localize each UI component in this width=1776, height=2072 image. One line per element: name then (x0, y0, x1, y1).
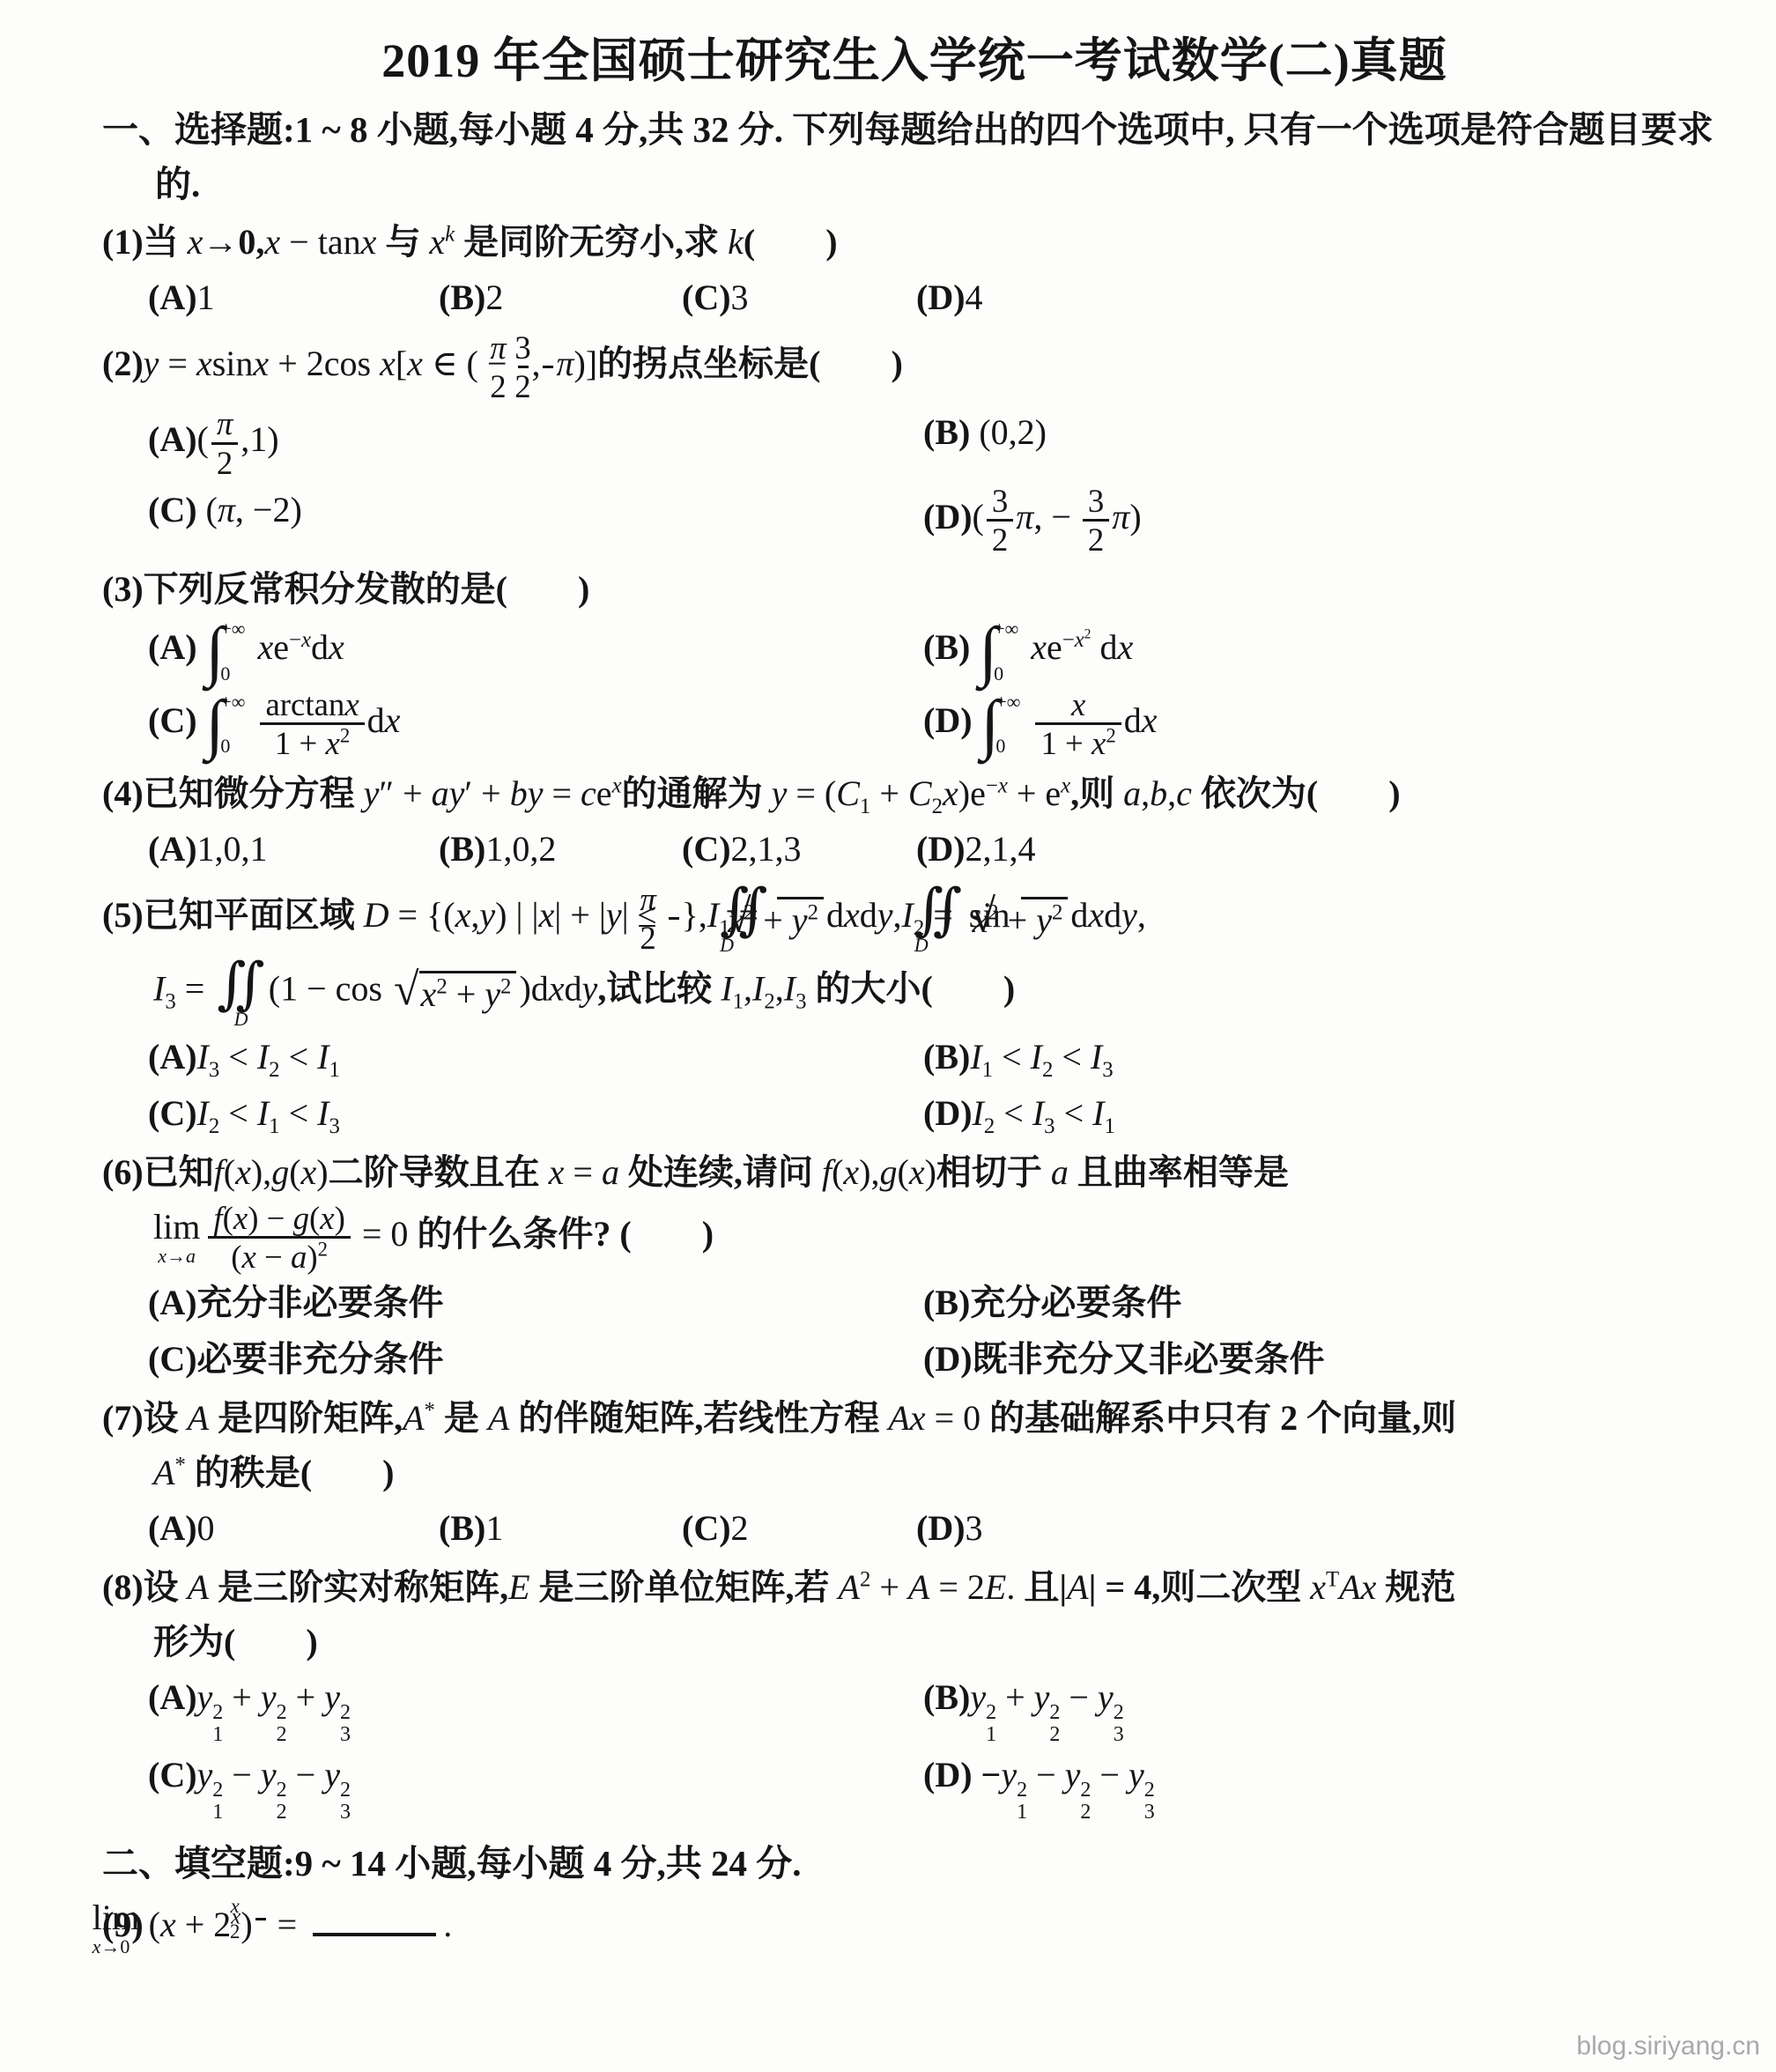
question-3-option: (B) ∫+∞0 xe−x2 dx (923, 617, 1727, 685)
math-text: →0 (100, 1935, 129, 1957)
question-6-stem-line-2: limx→af(x) − g(x)(x − a)2 = 0 的什么条件? ( ) (102, 1200, 1727, 1275)
text: 二阶导数且在 (329, 1152, 549, 1192)
text: (B) (439, 277, 485, 317)
math-text: ( (897, 1152, 908, 1192)
superscript: 2 (988, 901, 998, 925)
math-text: = 0 (926, 1398, 990, 1438)
math-text: − (1027, 1755, 1065, 1794)
math-variable: I (1031, 1037, 1042, 1077)
question-6-stem-line-1: (6)已知f(x),g(x)二阶导数且在 x = a 处连续,请问 f(x),g… (102, 1145, 1727, 1200)
math-text: − (287, 1755, 325, 1794)
superscript: 2 (986, 1702, 996, 1724)
sub-sup: 22 (1049, 1702, 1060, 1746)
question-3-option: (C) ∫+∞0 arctanx1 + x2dx (148, 685, 923, 762)
math-variable: x (429, 222, 445, 262)
math-variable: g (293, 1200, 309, 1236)
integral: ∫+∞0 (981, 691, 1021, 758)
math-text: + e (1008, 773, 1061, 813)
math-variable: I (752, 969, 764, 1009)
text: | = 4,则二次型 (1089, 1567, 1311, 1607)
text: 且| (1015, 1567, 1067, 1607)
question-8-option: (D) −y21 − y22 − y23 (923, 1747, 1727, 1824)
text: (A) (148, 1508, 197, 1548)
text: 的伴随矩阵,若线性方程 (509, 1398, 888, 1438)
text: →0, (203, 222, 264, 262)
math-text: (1 − cos (269, 969, 391, 1009)
math-text: < (219, 1093, 257, 1133)
sub-sup: 23 (1144, 1780, 1155, 1824)
math-text: + 2 (269, 344, 324, 383)
math-text: ″ + (379, 773, 431, 813)
answer-blank (313, 1903, 436, 1936)
math-variable: x (728, 900, 744, 940)
math-variable: a (602, 1152, 619, 1192)
question-1-stem-line-1: (1)当 x→0,x − tanx 与 xk 是同阶无穷小,求 k( ) (102, 215, 1727, 270)
math-text: − (986, 773, 998, 797)
superscript: 2 (1144, 1780, 1155, 1802)
math-text: d (565, 969, 582, 1009)
question-6-option: (D)既非充分又非必要条件 (923, 1331, 1727, 1387)
question-5-options-row-2: (C)I2 < I1 < I3(D)I2 < I3 < I1 (148, 1085, 1727, 1142)
math-text: = (159, 344, 196, 383)
math-variable: x (253, 344, 269, 383)
text: (B) (923, 1037, 970, 1077)
math-text: 3 (731, 277, 749, 317)
fraction: arctanx1 + x2 (260, 686, 364, 761)
section-2-header: 二、填空题:9 ~ 14 小题,每小题 4 分,共 24 分. (102, 1837, 1727, 1891)
sub-sup: 21 (212, 1702, 223, 1746)
question-6-option: (C)必要非充分条件 (148, 1331, 923, 1387)
math-text: − (289, 628, 301, 652)
question-6-options-row-1: (A)充分非必要条件(B)充分必要条件 (148, 1275, 1727, 1331)
math-variable: I (1092, 1093, 1104, 1133)
math-variable: I (1032, 1093, 1044, 1133)
math-variable: x (1310, 1567, 1326, 1607)
math-variable: I (257, 1093, 269, 1133)
text: (D)既非充分又非必要条件 (923, 1339, 1325, 1379)
superscript: x2 (253, 1905, 269, 1929)
question-6-option: (A)充分非必要条件 (148, 1275, 923, 1331)
math-variable: x (92, 1935, 101, 1957)
radical-sign: √ (394, 971, 419, 1010)
math-text: + (870, 773, 908, 813)
math-text: )] (573, 344, 597, 383)
math-text (1024, 700, 1032, 740)
math-variable: A (188, 1398, 209, 1438)
question-2-option: (B) (0,2) (923, 404, 1727, 481)
math-text: 0 (197, 1508, 215, 1548)
math-variable: A (488, 1398, 509, 1438)
math-text: 1 + (1040, 725, 1091, 761)
math-variable: x (1117, 627, 1133, 667)
subscript: 3 (340, 1802, 351, 1824)
radicand: x2 + y2 (419, 971, 517, 1014)
math-variable: x (1142, 700, 1158, 740)
denominator: 1 + x2 (1035, 725, 1121, 761)
question-5: (5)已知平面区域 D = {(x,y) | |x| + |y| ≤ π2},I… (102, 881, 1727, 1142)
text: 处连续,请问 (619, 1152, 822, 1192)
sub-sup: 21 (1017, 1780, 1027, 1824)
math-text: = 2 (929, 1567, 985, 1607)
lower-limit: 0 (220, 664, 245, 684)
text: (2) (102, 344, 144, 383)
section-1-header: 一、选择题:1 ~ 8 小题,每小题 4 分,共 32 分. 下列每题给出的四个… (102, 103, 1727, 211)
math-variable: A (153, 1453, 174, 1492)
text: (B)充分必要条件 (923, 1283, 1181, 1322)
math-text: + (870, 1567, 908, 1607)
math-variable: y (1036, 900, 1052, 940)
superscript: 2 (277, 1780, 287, 1802)
upper-limit: +∞ (220, 619, 245, 639)
math-text: → (166, 1245, 186, 1267)
math-variable: y (1034, 1677, 1050, 1717)
superscript: 2 (1017, 1780, 1027, 1802)
math-text: )e (958, 773, 986, 813)
subscript: 2 (277, 1802, 287, 1824)
math-variable: I (902, 895, 914, 935)
question-2-option: (C) (π, −2) (148, 482, 923, 559)
text: (D) (916, 829, 966, 869)
math-text: − (1062, 628, 1075, 652)
math-variable: y (364, 773, 380, 813)
numerator: 3 (1083, 483, 1109, 522)
math-variable: A (1067, 1567, 1088, 1607)
math-text: − (1091, 1755, 1128, 1794)
math-text: ′ + (464, 773, 509, 813)
question-1: (1)当 x→0,x − tanx 与 xk 是同阶无穷小,求 k( )(A)1… (102, 215, 1727, 326)
math-text: 4 (966, 277, 983, 317)
math-text: d (1091, 627, 1117, 667)
superscript: 2 (744, 901, 754, 925)
question-7-option: (D)3 (916, 1500, 1727, 1557)
math-variable: I (257, 1037, 269, 1077)
superscript: T (1326, 1568, 1339, 1592)
text: ( ) (744, 222, 838, 262)
text: (D) (916, 277, 966, 317)
math-text: 2 (731, 1508, 749, 1548)
math-text: )d (519, 969, 548, 1009)
fraction: x2 (255, 1895, 266, 1942)
question-2-stem-line-1: (2)y = xsinx + 2cos x[x ∈ ( − π2,32π)]的拐… (102, 329, 1727, 404)
math-variable: I (707, 895, 719, 935)
page-content: 2019 年全国硕士研究生入学统一考试数学(二)真题 一、选择题:1 ~ 8 小… (0, 0, 1776, 1957)
math-variable: y (485, 974, 500, 1014)
text: 的秩是( ) (186, 1453, 395, 1492)
question-4-option: (D)2,1,4 (916, 821, 1727, 877)
subscript: 3 (165, 990, 175, 1014)
math-text: | + | (554, 895, 606, 935)
math-variable: x (421, 974, 437, 1014)
lower-limit: 0 (995, 736, 1020, 756)
math-variable: y (261, 1755, 277, 1794)
math-text: ( (224, 1152, 235, 1192)
text: 的基础解系中只有 2 个向量,则 (989, 1398, 1456, 1438)
math-text: ( (223, 1200, 233, 1236)
double-integral: ∬D (217, 956, 265, 1029)
math-variable: x (1031, 627, 1047, 667)
text: 是三阶实对称矩阵, (209, 1567, 508, 1607)
text: (C) (148, 490, 197, 529)
question-3-option: (D) ∫+∞0 x1 + x2dx (923, 685, 1727, 762)
math-variable: x (301, 1152, 317, 1192)
math-text: ) (1129, 497, 1141, 536)
numerator: π (669, 881, 679, 920)
math-variable: y (449, 773, 465, 813)
math-variable: f (214, 1152, 224, 1192)
sub-sup: 22 (277, 1780, 287, 1824)
text: 的大小( ) (807, 969, 1016, 1009)
math-text: < (280, 1037, 318, 1077)
text: (B) (439, 829, 485, 869)
math-variable: f (213, 1200, 222, 1236)
subscript: 1 (860, 795, 870, 818)
math-text: ( (973, 497, 984, 536)
math-variable: y (582, 969, 598, 1009)
math-variable: x (843, 1152, 859, 1192)
math-text: 1,0,1 (197, 829, 268, 869)
subscript: 3 (209, 1058, 219, 1082)
math-variable: a (186, 1245, 196, 1267)
text: (A) (148, 419, 197, 459)
math-variable: x (844, 895, 860, 935)
watermark: blog.siriyang.cn (1577, 2031, 1760, 2061)
superscript: 2 (500, 975, 511, 999)
subscript: 3 (340, 1724, 351, 1746)
radicand: x2 + y2 (777, 897, 824, 940)
superscript: 2 (1080, 1780, 1091, 1802)
math-variable: x (301, 628, 311, 652)
math-variable: E (985, 1567, 1006, 1607)
fraction: π2 (211, 405, 238, 480)
math-variable: x (407, 344, 423, 383)
text: (C)必要非充分条件 (148, 1339, 444, 1379)
math-text: ( (289, 1152, 300, 1192)
text: (6)已知 (102, 1152, 214, 1192)
math-text (1022, 627, 1031, 667)
sub-sup: 23 (340, 1780, 351, 1824)
text: (8)设 (102, 1567, 188, 1607)
denominator: 1 + x2 (260, 725, 364, 761)
math-text: ( (309, 1200, 320, 1236)
superscript: x (1061, 773, 1070, 797)
math-text: = {( (389, 895, 455, 935)
math-variable: E (508, 1567, 529, 1607)
math-variable: y (970, 1677, 986, 1717)
math-variable: y (1121, 895, 1137, 935)
text: 形为( ) (153, 1622, 318, 1661)
math-variable: y (1065, 1755, 1081, 1794)
upper-limit: +∞ (994, 619, 1018, 639)
fraction: 32 (1083, 483, 1109, 558)
math-variable: y (479, 895, 495, 935)
math-text: . (1006, 1567, 1015, 1607)
superscript: * (174, 1454, 185, 1477)
text: 且曲率相等是 (1069, 1152, 1289, 1192)
question-7-option: (A)0 (148, 1500, 439, 1557)
superscript: 2 (1049, 1702, 1060, 1724)
subscript: 1 (1104, 1114, 1114, 1138)
superscript: 2 (808, 901, 818, 925)
text: (B) (923, 1677, 970, 1717)
text: (B) (923, 627, 979, 667)
question-6-options-row-2: (C)必要非充分条件(D)既非充分又非必要条件 (148, 1331, 1727, 1387)
subscript: 1 (982, 1058, 993, 1082)
question-7: (7)设 A 是四阶矩阵,A* 是 A 的伴随矩阵,若线性方程 Ax = 0 的… (102, 1391, 1727, 1557)
math-text: tan (318, 222, 361, 262)
math-variable: x (196, 344, 212, 383)
math-variable: x (160, 1905, 176, 1944)
math-variable: k (445, 223, 455, 247)
question-5-option: (D)I2 < I3 < I1 (923, 1085, 1727, 1142)
subscript: 3 (1102, 1058, 1113, 1082)
question-7-options-row-1: (A)0(B)1(C)2(D)3 (148, 1500, 1727, 1557)
math-variable: c (1176, 773, 1192, 813)
text: ,则 (1070, 773, 1123, 813)
math-text: }, (682, 895, 707, 935)
question-5-stem-line-2: I3 = ∬D(1 − cos √x2 + y2)dxdy,试比较 I1,I2,… (102, 956, 1727, 1029)
math-variable: x (549, 969, 565, 1009)
text: (A) (148, 1677, 197, 1717)
math-text: sin (212, 344, 254, 383)
limit-word: lim (153, 1209, 200, 1246)
math-text: ), (251, 1152, 271, 1192)
math-text (248, 700, 257, 740)
math-text: d (1104, 895, 1121, 935)
lower-limit: 0 (994, 664, 1018, 684)
math-text: , (470, 895, 479, 935)
question-2-option: (D)(32π, − 32π) (923, 482, 1727, 559)
radicand: x2 + y2 (1021, 897, 1068, 940)
square-root: √x2 + y2 (394, 971, 516, 1014)
fraction: f(x) − g(x)(x − a)2 (208, 1200, 351, 1275)
numerator: f(x) − g(x) (208, 1200, 351, 1239)
question-7-stem-line-2: A* 的秩是( ) (102, 1446, 1727, 1500)
math-variable: C (836, 773, 860, 813)
math-variable: x (158, 1245, 166, 1267)
math-variable: y (792, 900, 808, 940)
math-variable: π (217, 405, 233, 441)
square-root: √x2 + y2 (777, 897, 824, 940)
question-4-option: (C)2,1,3 (682, 821, 916, 877)
math-variable: I (721, 969, 732, 1009)
superscript: 2 (212, 1702, 223, 1724)
math-variable: b (1150, 773, 1167, 813)
question-3-option: (A) ∫+∞0 xe−xdx (148, 617, 923, 685)
math-text: 2 (485, 277, 503, 317)
text: (D) (923, 1093, 973, 1133)
math-variable: I (153, 969, 165, 1009)
math-text: [ (396, 344, 407, 383)
math-variable: x (1361, 1567, 1377, 1607)
question-8-option: (B)y21 + y22 − y23 (923, 1669, 1727, 1747)
integral: ∫+∞0 (206, 618, 246, 684)
math-text (248, 627, 257, 667)
math-variable: y (197, 1677, 213, 1717)
fraction: 32 (543, 329, 553, 404)
math-variable: x (241, 1239, 255, 1275)
text: 规范 (1376, 1567, 1455, 1607)
math-text: d (826, 895, 844, 935)
math-variable: y (144, 344, 159, 383)
math-variable: π (490, 329, 506, 366)
math-variable: x (455, 895, 471, 935)
subscript: 2 (269, 1058, 279, 1082)
math-variable: x (257, 627, 273, 667)
math-text: d (311, 627, 329, 667)
question-5-option: (B)I1 < I2 < I3 (923, 1029, 1727, 1085)
math-text: < (219, 1037, 257, 1077)
question-7-option: (B)1 (439, 1500, 682, 1557)
sub-sup: 22 (277, 1702, 287, 1746)
superscript: x (612, 773, 622, 797)
question-9: (9)limx→0(x + 2x)x2 = . (102, 1895, 1727, 1957)
question-7-stem-line-1: (7)设 A 是四阶矩阵,A* 是 A 的伴随矩阵,若线性方程 Ax = 0 的… (102, 1391, 1727, 1446)
question-6: (6)已知f(x),g(x)二阶导数且在 x = a 处连续,请问 f(x),g… (102, 1145, 1727, 1387)
math-variable: x (998, 773, 1008, 797)
math-variable: f (822, 1152, 832, 1192)
subscript: 3 (1114, 1724, 1124, 1746)
math-variable: a (1123, 773, 1141, 813)
math-variable: x (1071, 686, 1085, 722)
math-text: 2,1,4 (966, 829, 1036, 869)
math-text: ) (240, 1905, 252, 1944)
math-text: − (223, 1755, 261, 1794)
math-text: < (1055, 1093, 1093, 1133)
math-text: d (1124, 700, 1142, 740)
question-3: (3)下列反常积分发散的是( )(A) ∫+∞0 xe−xdx(B) ∫+∞0 … (102, 562, 1727, 762)
limit: limx→a (153, 1209, 200, 1266)
subscript: 1 (1017, 1802, 1027, 1824)
question-3-stem-line-1: (3)下列反常积分发散的是( ) (102, 562, 1727, 617)
math-text: = 0 (353, 1214, 418, 1254)
math-text: , −2) (235, 490, 302, 529)
math-variable: I (784, 969, 795, 1009)
math-variable: x (325, 725, 339, 761)
math-text: 1 (197, 277, 215, 317)
math-text: , (1137, 895, 1146, 935)
math-variable: k (728, 222, 744, 262)
integral-limits: +∞0 (220, 619, 245, 684)
math-text: , (744, 969, 752, 1009)
question-6-option: (B)充分必要条件 (923, 1275, 1727, 1331)
math-variable: x (549, 1152, 565, 1192)
math-text: 1 (485, 1508, 503, 1548)
math-variable: x (538, 895, 554, 935)
math-text: = (543, 773, 581, 813)
superscript: 2 (436, 975, 447, 999)
math-variable: g (271, 1152, 289, 1192)
math-variable: A (888, 1398, 909, 1438)
math-text: + 2 (176, 1905, 232, 1944)
numerator: 3 (987, 483, 1013, 522)
math-variable: y (324, 1755, 340, 1794)
question-4-stem-line-1: (4)已知微分方程 y″ + ay′ + by = cex的通解为 y = (C… (102, 766, 1727, 821)
double-integral-sign: ∬ (217, 956, 265, 1012)
text: (C) (682, 1508, 731, 1548)
math-variable: x (943, 773, 958, 813)
math-text: cos (324, 344, 380, 383)
math-variable: g (879, 1152, 897, 1192)
math-variable: I (970, 1037, 981, 1077)
subscript: 1 (212, 1802, 223, 1824)
section-1-questions: (1)当 x→0,x − tanx 与 xk 是同阶无穷小,求 k( )(A)1… (102, 215, 1727, 1824)
math-variable: a (432, 773, 449, 813)
subscript: 1 (986, 1724, 996, 1746)
text: (A) (148, 627, 206, 667)
math-variable: D (364, 895, 389, 935)
math-text: arctan (265, 686, 344, 722)
math-variable: A (839, 1567, 860, 1607)
